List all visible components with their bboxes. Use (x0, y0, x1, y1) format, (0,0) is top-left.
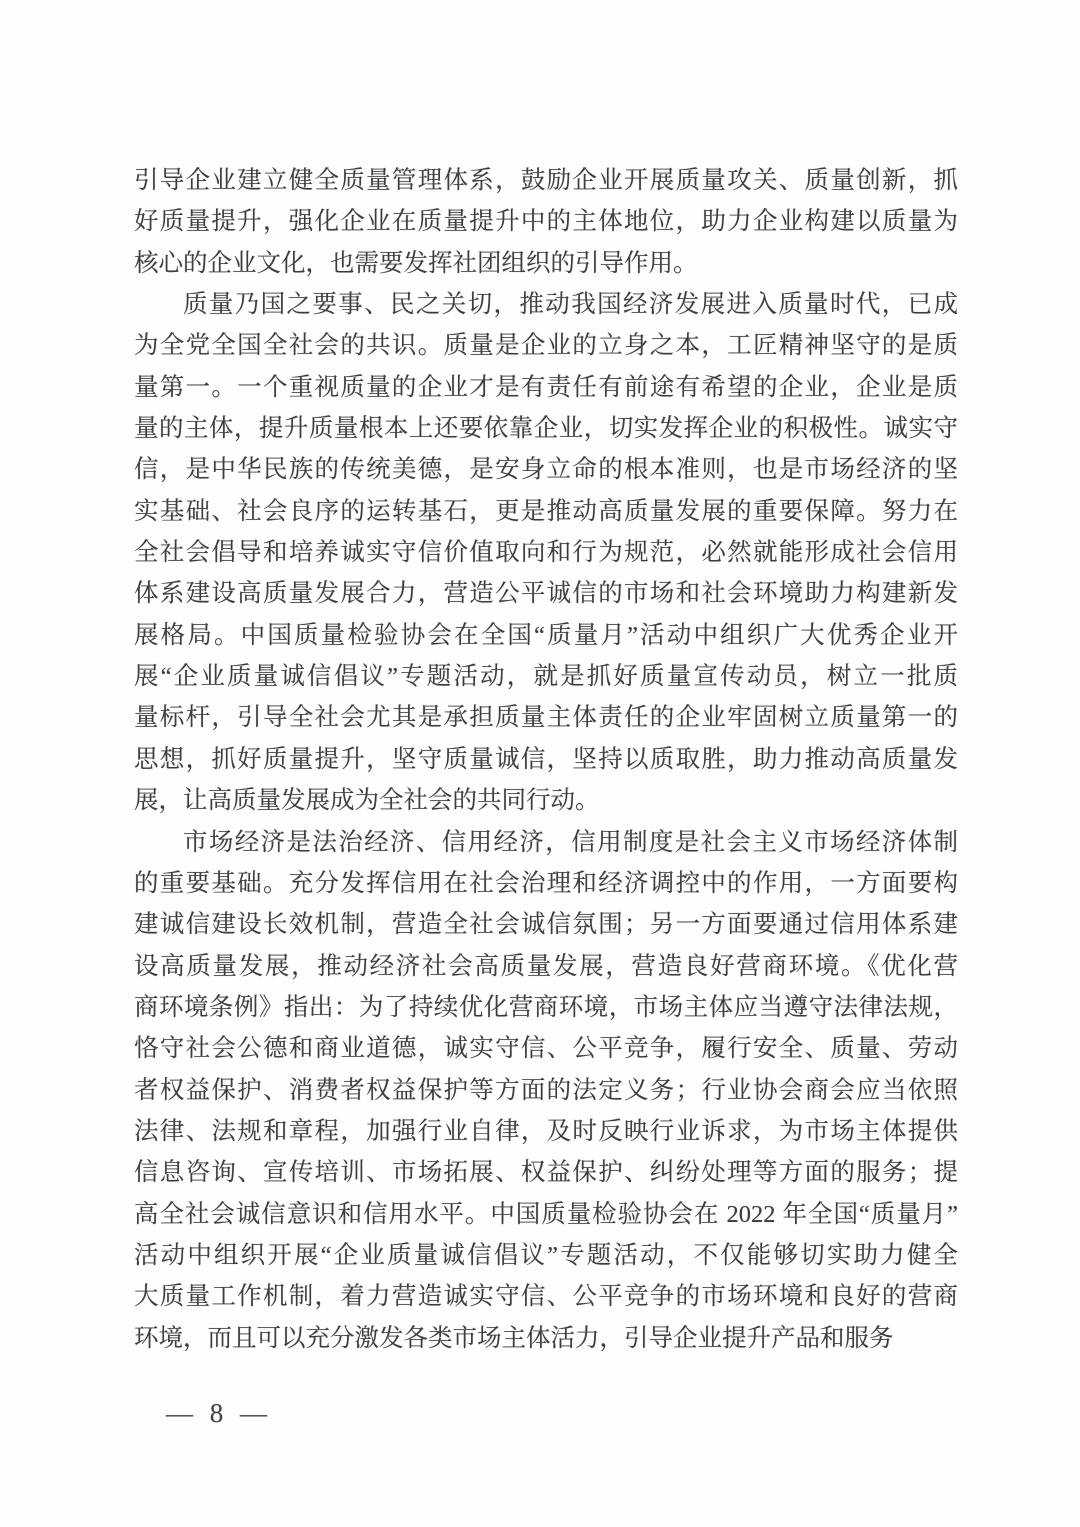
text-line: 大质量工作机制，着力营造诚实守信、公平竞争的市场环境和良好的营商 (134, 1276, 958, 1317)
text-line: 法律、法规和章程，加强行业自律，及时反映行业诉求，为市场主体提供 (134, 1111, 958, 1152)
text-line: 质量乃国之要事、民之关切，推动我国经济发展进入质量时代，已成 (134, 284, 958, 325)
text-line: 体系建设高质量发展合力，营造公平诚信的市场和社会环境助力构建新发 (134, 573, 958, 614)
text-line: 为全党全国全社会的共识。质量是企业的立身之本，工匠精神坚守的是质 (134, 325, 958, 366)
text-line: 全社会倡导和培养诚实守信价值取向和行为规范，必然就能形成社会信用 (134, 532, 958, 573)
text-line: 思想，抓好质量提升，坚守质量诚信，坚持以质取胜，助力推动高质量发 (134, 739, 958, 780)
text-line: 量标杆，引导全社会尤其是承担质量主体责任的企业牢固树立质量第一的 (134, 697, 958, 738)
text-line: 设高质量发展，推动经济社会高质量发展，营造良好营商环境。《优化营 (134, 946, 958, 987)
text-line: 高全社会诚信意识和信用水平。中国质量检验协会在 2022 年全国“质量月” (134, 1194, 958, 1235)
text-line: 实基础、社会良序的运转基石，更是推动高质量发展的重要保障。努力在 (134, 491, 958, 532)
text-line: 信，是中华民族的传统美德，是安身立命的根本准则，也是市场经济的坚 (134, 449, 958, 490)
text-line: 者权益保护、消费者权益保护等方面的法定义务；行业协会商会应当依照 (134, 1070, 958, 1111)
document-body: 引导企业建立健全质量管理体系，鼓励企业开展质量攻关、质量创新，抓好质量提升，强化… (134, 160, 958, 1359)
text-line: 的重要基础。充分发挥信用在社会治理和经济调控中的作用，一方面要构 (134, 863, 958, 904)
text-line: 恪守社会公德和商业道德，诚实守信、公平竞争，履行安全、质量、劳动 (134, 1028, 958, 1069)
text-line: 核心的企业文化，也需要发挥社团组织的引导作用。 (134, 243, 958, 284)
text-line: 展“企业质量诚信倡议”专题活动，就是抓好质量宣传动员，树立一批质 (134, 656, 958, 697)
text-line: 建诚信建设长效机制，营造全社会诚信氛围；另一方面要通过信用体系建 (134, 904, 958, 945)
text-line: 商环境条例》指出：为了持续优化营商环境，市场主体应当遵守法律法规， (134, 987, 958, 1028)
text-line: 展，让高质量发展成为全社会的共同行动。 (134, 780, 958, 821)
text-line: 好质量提升，强化企业在质量提升中的主体地位，助力企业构建以质量为 (134, 201, 958, 242)
text-line: 量第一。一个重视质量的企业才是有责任有前途有希望的企业，企业是质 (134, 367, 958, 408)
scanned-document-page: 引导企业建立健全质量管理体系，鼓励企业开展质量攻关、质量创新，抓好质量提升，强化… (0, 0, 1080, 1527)
text-line: 引导企业建立健全质量管理体系，鼓励企业开展质量攻关、质量创新，抓 (134, 160, 958, 201)
text-line: 市场经济是法治经济、信用经济，信用制度是社会主义市场经济体制 (134, 822, 958, 863)
text-line: 量的主体，提升质量根本上还要依靠企业，切实发挥企业的积极性。诚实守 (134, 408, 958, 449)
text-line: 活动中组织开展“企业质量诚信倡议”专题活动，不仅能够切实助力健全 (134, 1235, 958, 1276)
page-number: — 8 — (166, 1398, 272, 1429)
text-line: 环境，而且可以充分激发各类市场主体活力，引导企业提升产品和服务 (134, 1318, 958, 1359)
text-line: 展格局。中国质量检验协会在全国“质量月”活动中组织广大优秀企业开 (134, 615, 958, 656)
text-line: 信息咨询、宣传培训、市场拓展、权益保护、纠纷处理等方面的服务；提 (134, 1152, 958, 1193)
